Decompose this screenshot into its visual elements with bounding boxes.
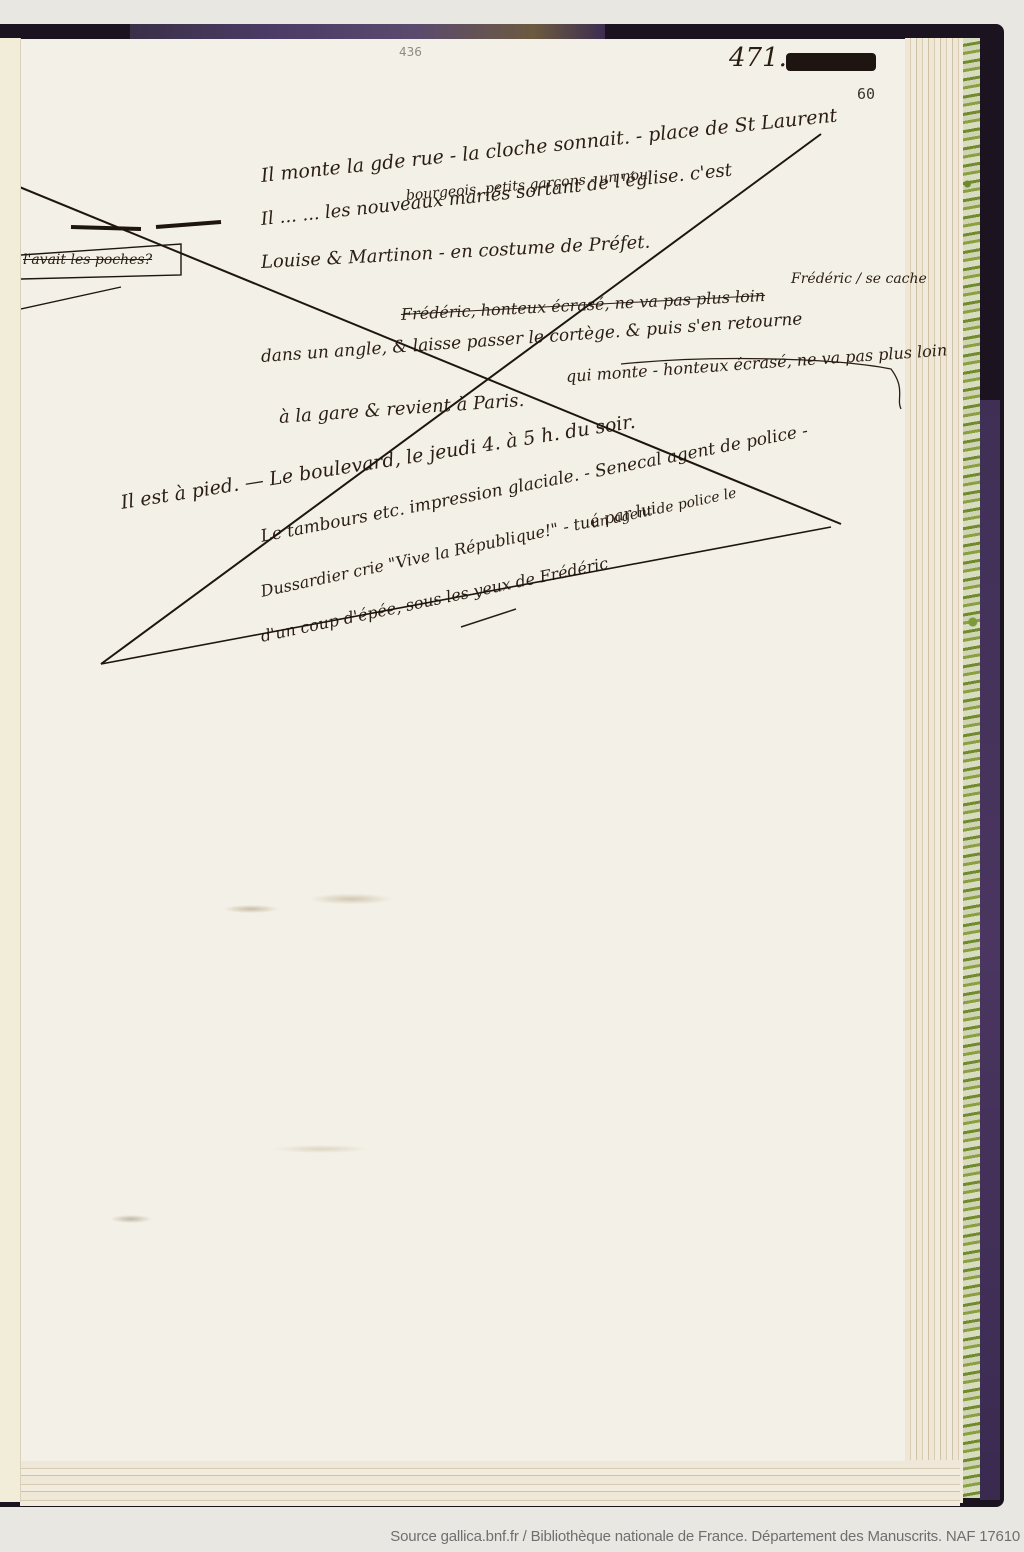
manuscript-line-7: Il est à pied. — Le boulevard, le jeudi … bbox=[120, 413, 637, 513]
manuscript-line-5b: qui monte - honteux écrasé, ne va pas pl… bbox=[565, 342, 947, 385]
pencil-number: 436 bbox=[399, 45, 422, 59]
manuscript-insert-frederic: Frédéric / se cache bbox=[791, 272, 927, 286]
manuscript-page: 436 471. 60 l'avait les poches? Il monte… bbox=[21, 39, 905, 1461]
folio-ink-number: 471. bbox=[729, 45, 787, 71]
page-edges-right bbox=[905, 38, 963, 1503]
manuscript-line-6: à la gare & revient à Paris. bbox=[278, 392, 525, 427]
marbled-endpaper bbox=[962, 38, 980, 1498]
facing-page-edge bbox=[0, 38, 21, 1502]
folio-stamp: 60 bbox=[857, 85, 875, 103]
page-edges-bottom bbox=[20, 1460, 960, 1506]
manuscript-line-10: d'un coup d'épée, sous les yeux de Frédé… bbox=[259, 555, 609, 644]
manuscript-line-3: Louise & Martinon - en costume de Préfet… bbox=[261, 234, 651, 272]
cover-cloth-top bbox=[130, 24, 605, 39]
redacted-number bbox=[786, 53, 876, 71]
margin-note-struck: l'avait les poches? bbox=[23, 253, 152, 267]
cover-cloth-right bbox=[980, 400, 1000, 1500]
source-caption: Source gallica.bnf.fr / Bibliothèque nat… bbox=[390, 1528, 1020, 1545]
manuscript-line-1: Il monte la gde rue - la cloche sonnait.… bbox=[260, 106, 838, 185]
